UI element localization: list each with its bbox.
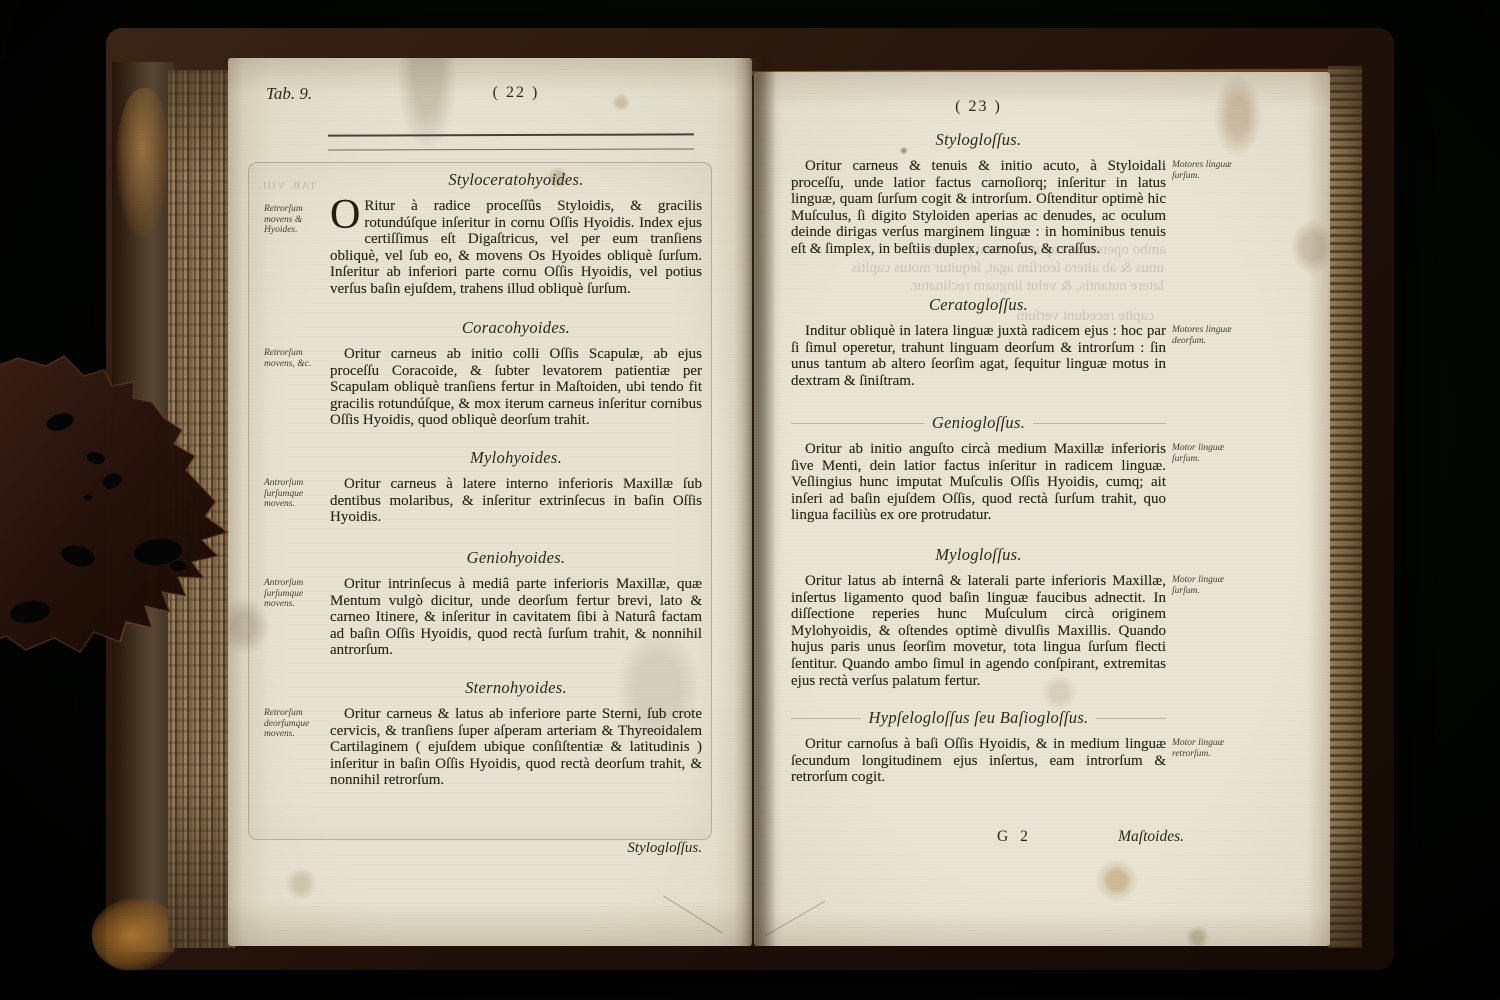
- section-heading: Geniohyoides.: [330, 548, 702, 568]
- section-hypseloglossus: Hypſelogloſſus ſeu Baſiogloſſus. Oritur …: [791, 708, 1166, 786]
- margin-note: Motores linguæ ſurſum.: [1172, 160, 1234, 181]
- section-mylohyoides: Mylohyoides. Oritur carneus à latere int…: [330, 448, 702, 526]
- margin-note: Antrorſum ſurſumque movens.: [264, 478, 326, 510]
- section-heading: Ceratogloſſus.: [791, 295, 1166, 315]
- section-ceratoglossus: Ceratogloſſus. Inditur obliquè in latera…: [791, 295, 1166, 389]
- page-corner-crease: [663, 896, 723, 934]
- faint-rule: [791, 718, 861, 719]
- rule-thick: [328, 133, 694, 136]
- signature-mark: G 2: [997, 828, 1032, 846]
- margin-note: Motor linguæ ſurſum.: [1172, 575, 1234, 596]
- faint-rule: [791, 423, 924, 424]
- show-through-text: latere nutantis, & velut linguam reclina…: [834, 278, 1164, 295]
- section-myloglossus: Mylogloſſus. Oritur latus ab internâ & l…: [791, 545, 1166, 689]
- section-geniohyoides: Geniohyoides. Oritur intrinſecus à mediâ…: [330, 548, 702, 659]
- section-genioglossus: Geniogloſſus. Oritur ab initio anguſto c…: [791, 413, 1166, 524]
- section-paragraph: Oritur carneus & latus ab inferiore part…: [330, 706, 702, 789]
- section-heading: Hypſelogloſſus ſeu Baſiogloſſus.: [869, 708, 1089, 728]
- section-heading: Mylogloſſus.: [791, 545, 1166, 565]
- section-paragraph: Inditur obliquè in latera linguæ juxtà r…: [791, 323, 1166, 389]
- section-paragraph: Oritur carneus & tenuis & initio acuto, …: [791, 158, 1166, 258]
- faint-rule: [1033, 423, 1166, 424]
- section-heading: Coracohyoides.: [330, 318, 702, 338]
- plate-show-through-label: TAB. VIII.: [258, 180, 316, 192]
- faint-rule: [1096, 718, 1166, 719]
- rule-thin: [328, 149, 694, 151]
- margin-note: Antrorſum ſurſumque movens.: [264, 578, 326, 610]
- section-paragraph: Oritur carneus à latere interno inferior…: [330, 476, 702, 526]
- drop-cap: O: [330, 198, 364, 232]
- margin-note: Motores linguæ deorſum.: [1172, 325, 1234, 346]
- section-heading: Mylohyoides.: [330, 448, 702, 468]
- margin-note: Motor linguæ ſurſum.: [1172, 443, 1234, 464]
- catchword: Maſtoides.: [1118, 828, 1184, 846]
- section-paragraph: Oritur carnoſus à baſi Oſſis Hyoidis, & …: [791, 736, 1166, 786]
- section-styloglossus: Stylogloſſus. Oritur carneus & tenuis & …: [791, 130, 1166, 258]
- page-number-left: ( 22 ): [330, 84, 702, 102]
- section-paragraph: Oritur latus ab internâ & laterali parte…: [791, 573, 1166, 689]
- left-page: TAB. VIII. Tab. 9. ( 22 ) Styloceratohyo…: [228, 58, 752, 946]
- section-paragraph: Oritur carneus ab initio colli Oſſis Sca…: [330, 346, 702, 429]
- metal-clasp-ornament: [0, 346, 238, 658]
- margin-note: Retrorſum movens & Hyoides.: [264, 204, 326, 236]
- section-coracohyoides: Coracohyoides. Oritur carneus ab initio …: [330, 318, 702, 429]
- leather-wear-patch-top: [116, 88, 168, 238]
- section-heading: Sternohyoides.: [330, 678, 702, 698]
- catchword: Stylogloſſus.: [330, 840, 706, 857]
- section-heading: Geniogloſſus.: [932, 413, 1025, 433]
- section-sternohyoides: Sternohyoides. Oritur carneus & latus ab…: [330, 678, 702, 789]
- section-heading: Stylogloſſus.: [791, 130, 1166, 150]
- page-footer: G 2 Maſtoides.: [791, 828, 1166, 850]
- margin-note: Retrorſum deorſumque movens.: [264, 708, 326, 740]
- margin-note: Motor linguæ retrorſum.: [1172, 738, 1234, 759]
- header-double-rule: [328, 134, 694, 150]
- right-page: ambo operentur, caput inclinant prorſum …: [754, 72, 1330, 946]
- section-paragraph: Oritur intrinſecus à mediâ parte inferio…: [330, 576, 702, 659]
- section-paragraph: ORitur à radice proceſſûs Styloidis, & g…: [330, 198, 702, 298]
- right-page-block-fore-edge: [1328, 66, 1362, 948]
- gutter-shadow: [734, 58, 776, 946]
- book-photograph: TAB. VIII. Tab. 9. ( 22 ) Styloceratohyo…: [0, 0, 1500, 1000]
- page-number-right: ( 23 ): [791, 98, 1166, 116]
- section-styloceratohyoides: Styloceratohyoides. ORitur à radice proc…: [330, 170, 702, 298]
- show-through-text: unus & ab altero ſeorſim agat, ſequitur …: [814, 260, 1164, 277]
- margin-note: Retrorſum movens, &c.: [264, 348, 326, 369]
- tab-label: Tab. 9.: [266, 84, 312, 104]
- section-paragraph: Oritur ab initio anguſto circà medium Ma…: [791, 441, 1166, 524]
- section-heading: Styloceratohyoides.: [330, 170, 702, 190]
